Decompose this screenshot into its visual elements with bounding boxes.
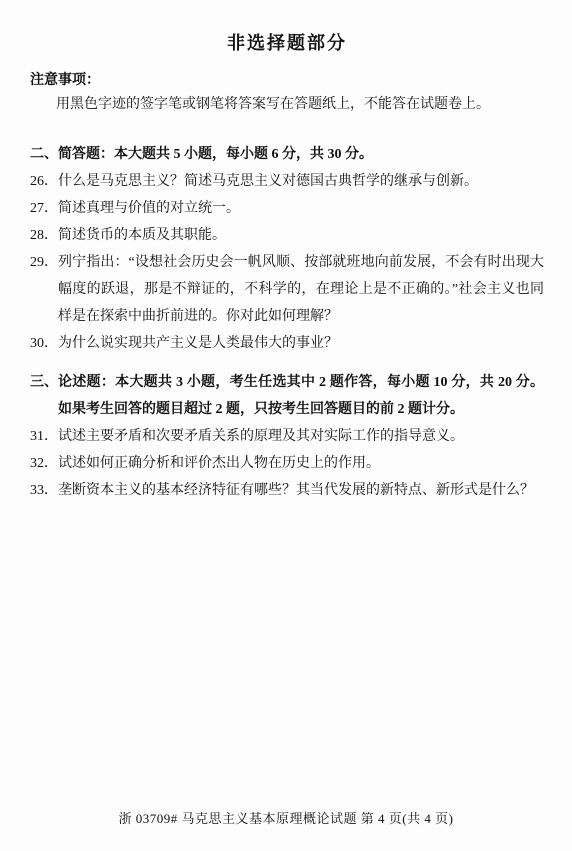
question-27: 27． 简述真理与价值的对立统一。 [30,195,544,222]
exam-paper-page: 非选择题部分 注意事项： 用黑色字迹的签字笔或钢笔将答案写在答题纸上，不能答在试… [0,0,572,851]
question-text: 试述主要矛盾和次要矛盾关系的原理及其对实际工作的指导意义。 [58,423,544,450]
question-30: 30． 为什么说实现共产主义是人类最伟大的事业？ [30,330,544,357]
question-number: 30． [30,330,58,357]
section-essay: 三、 论述题：本大题共 3 小题，考生任选其中 2 题作答，每小题 10 分，共… [30,369,544,504]
section-label: 三、 [30,369,58,423]
question-29: 29． 列宁指出：“设想社会历史会一帆风顺、按部就班地向前发展，不会有时出现大幅… [30,249,544,330]
question-text: 试述如何正确分析和评价杰出人物在历史上的作用。 [58,450,544,477]
question-31: 31． 试述主要矛盾和次要矛盾关系的原理及其对实际工作的指导意义。 [30,423,544,450]
question-number: 32． [30,450,58,477]
page-title: 非选择题部分 [30,0,544,54]
page-content: 非选择题部分 注意事项： 用黑色字迹的签字笔或钢笔将答案写在答题纸上，不能答在试… [0,0,572,504]
notice-heading: 注意事项： [30,71,544,91]
question-text: 垄断资本主义的基本经济特征有哪些？其当代发展的新特点、新形式是什么？ [58,477,544,504]
question-number: 33． [30,477,58,504]
question-text: 什么是马克思主义？简述马克思主义对德国古典哲学的继承与创新。 [58,168,544,195]
question-text: 简述真理与价值的对立统一。 [58,195,544,222]
question-text: 列宁指出：“设想社会历史会一帆风顺、按部就班地向前发展，不会有时出现大幅度的跃退… [58,249,544,330]
section-short-answer: 二、 简答题：本大题共 5 小题，每小题 6 分，共 30 分。 26． 什么是… [30,141,544,357]
question-number: 27． [30,195,58,222]
section-heading-text: 简答题：本大题共 5 小题，每小题 6 分，共 30 分。 [58,141,544,168]
question-text: 为什么说实现共产主义是人类最伟大的事业？ [58,330,544,357]
question-28: 28． 简述货币的本质及其职能。 [30,222,544,249]
section-heading-text: 论述题：本大题共 3 小题，考生任选其中 2 题作答，每小题 10 分，共 20… [58,369,544,423]
page-footer: 浙 03709# 马克思主义基本原理概论试题 第 4 页(共 4 页) [0,811,572,827]
question-text: 简述货币的本质及其职能。 [58,222,544,249]
question-number: 31． [30,423,58,450]
question-32: 32． 试述如何正确分析和评价杰出人物在历史上的作用。 [30,450,544,477]
question-number: 28． [30,222,58,249]
question-33: 33． 垄断资本主义的基本经济特征有哪些？其当代发展的新特点、新形式是什么？ [30,477,544,504]
question-number: 26． [30,168,58,195]
question-number: 29． [30,249,58,330]
section-short-answer-heading: 二、 简答题：本大题共 5 小题，每小题 6 分，共 30 分。 [30,141,544,168]
section-label: 二、 [30,141,58,168]
question-26: 26． 什么是马克思主义？简述马克思主义对德国古典哲学的继承与创新。 [30,168,544,195]
notice-body: 用黑色字迹的签字笔或钢笔将答案写在答题纸上，不能答在试题卷上。 [30,95,544,115]
section-essay-heading: 三、 论述题：本大题共 3 小题，考生任选其中 2 题作答，每小题 10 分，共… [30,369,544,423]
